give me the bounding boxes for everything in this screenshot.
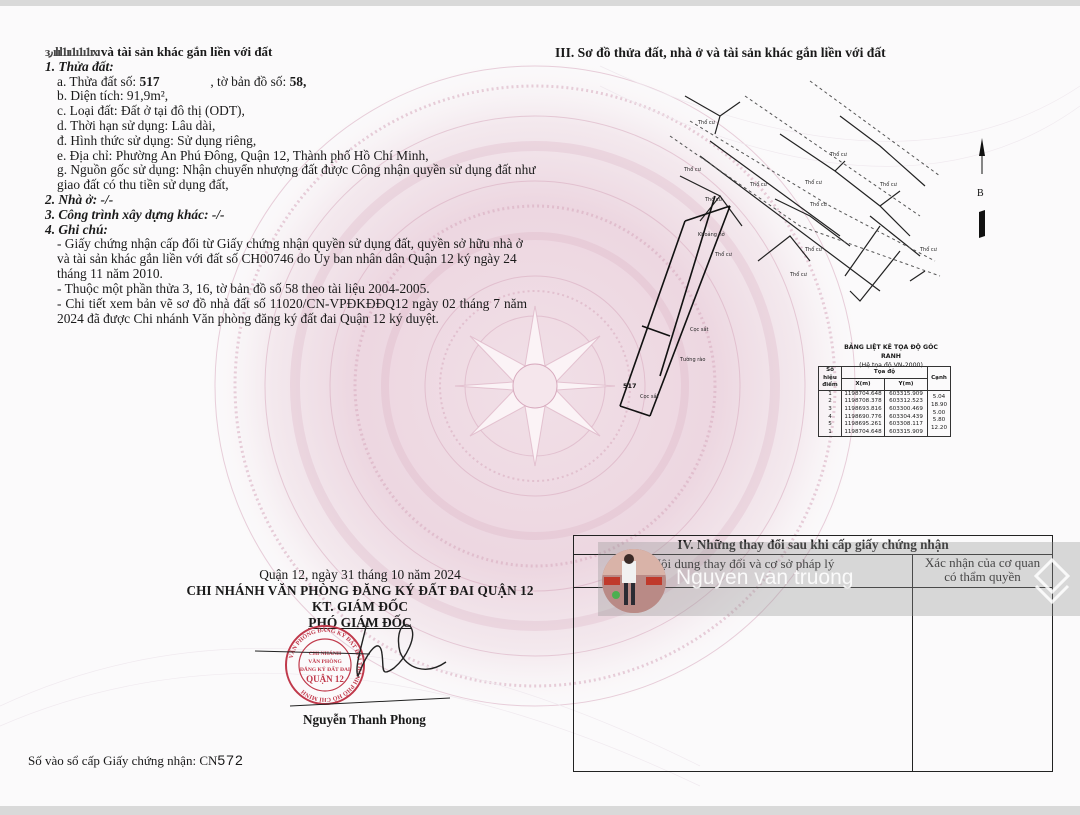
watermark-logo-icon [1030,556,1074,606]
label-tho-cu: Thổ cư [804,246,823,253]
coord-x: 1198704.648 [842,390,885,398]
avatar-image [602,549,666,613]
uploader-watermark-name: Nguyen van truong [676,566,853,590]
origin-line-1: g. Nguồn gốc sử dụng: Nhận chuyển nhượng… [45,162,535,177]
left-header: ᴈ٫ılıl1ıı1ı1ı1ıxı và tài sản khác gắn li… [45,44,535,59]
label-tho-cu: Thổ cư [697,119,716,126]
handwritten-signature [250,606,460,716]
parcel-number-line: a. Thửa đất số: 517 , tờ bản đồ số: 58, [45,74,535,89]
registry-label: Số vào sổ cấp Giấy chứng nhận: CN [28,753,217,768]
coord-y: 603308.117 [885,421,928,429]
label-tho-cu: Thổ cư [704,196,723,203]
uploader-avatar[interactable] [602,549,666,613]
label-tho-cu: Thổ cư [919,246,938,253]
col-x: X(m) [842,378,885,390]
coord-point: 1 [819,429,842,437]
issuing-office: CHI NHÁNH VĂN PHÒNG ĐĂNG KÝ ĐẤT ĐAI QUẬN… [180,583,540,599]
col-edge: Cạnh [928,367,951,391]
registry-number-line: Số vào sổ cấp Giấy chứng nhận: CN572 [28,752,244,769]
label-tho-cu: Thổ cư [809,201,828,208]
coord-point: 1 [819,390,842,398]
address-line: e. Địa chỉ: Phường An Phú Đông, Quận 12,… [45,148,535,163]
label-tho-cu: Thổ cư [879,181,898,188]
coord-x: 1198704.648 [842,429,885,437]
origin-line-2: giao đất có thu tiền sử dụng đất, [45,177,535,192]
land-type-line: c. Loại đất: Đất ở tại đô thị (ODT), [45,103,535,118]
parcel-label: a. Thửa đất số: [57,74,136,89]
label-tho-cu: Thổ cư [749,181,768,188]
left-header-text: và tài sản khác gắn liền với đất [101,44,273,59]
land-info-column: ᴈ٫ılıl1ıı1ı1ı1ıxı và tài sản khác gắn li… [45,44,535,326]
coord-point: 4 [819,414,842,422]
registry-number: 572 [217,752,243,768]
note-2: - Thuộc một phần thửa 3, 16, tờ bản đồ s… [45,281,527,296]
section4-title: 4. Ghi chú: [45,222,535,237]
coord-edge: 12.20 [928,425,951,433]
term-line: d. Thời hạn sử dụng: Lâu dài, [45,118,535,133]
section2-house: 2. Nhà ở: -/- [45,192,535,207]
label-tho-cu: Thổ cư [829,151,848,158]
coord-x: 1198708.378 [842,398,885,406]
issue-date: Quận 12, ngày 31 tháng 10 năm 2024 [180,567,540,583]
coord-edge: 18.90 [928,402,951,410]
coord-point: 2 [819,398,842,406]
col-point: Số hiệu điểm [819,367,842,391]
signer-name: Nguyễn Thanh Phong [303,712,426,728]
col-y: Y(m) [885,378,928,390]
certificate-page: ᴈ٫ılıl1ıı1ı1ı1ıxı và tài sản khác gắn li… [0,6,1080,806]
coord-table: Số hiệu điểm Tọa độ Cạnh X(m) Y(m) 11198… [818,366,951,437]
label-tuong-rao: Tường rào [679,356,705,363]
label-khoang-ho: Khoảng hở [698,231,726,238]
usage-form-line: đ. Hình thức sử dụng: Sử dụng riêng, [45,133,535,148]
parcel-number-label: 517 [623,382,637,390]
section1-title: 1. Thửa đất: [45,59,535,74]
coord-point: 3 [819,406,842,414]
area-line: b. Diện tích: 91,9m², [45,88,535,103]
label-tho-cu: Thổ cư [683,166,702,173]
coord-y: 603304.439 [885,414,928,422]
map-sheet-label: , tờ bản đồ số: [210,74,286,89]
section3-other-works: 3. Công trình xây dựng khác: -/- [45,207,535,222]
north-arrow-icon: B [977,138,985,238]
parcel-number: 517 [140,74,160,89]
coord-y: 603315.909 [885,390,928,398]
col-coords: Tọa độ [842,367,928,379]
site-plan-title: III. Sơ đồ thửa đất, nhà ở và tài sản kh… [555,45,886,61]
note-3: - Chi tiết xem bản vẽ sơ đồ nhà đất số 1… [45,296,527,326]
note-1: - Giấy chứng nhận cấp đổi từ Giấy chứng … [45,236,527,281]
label-tho-cu: Thổ cư [714,251,733,258]
coord-table-heading: BẢNG LIỆT KÊ TỌA ĐỘ GÓC RANH [836,343,946,361]
label-tho-cu: Thổ cư [804,179,823,186]
coord-x: 1198690.776 [842,414,885,422]
coord-row: 11198704.648603315.90912.20 [819,429,951,437]
coord-y: 603312.523 [885,398,928,406]
coord-x: 1198693.816 [842,406,885,414]
label-coc-sat: Cọc sắt [690,326,709,333]
coord-edge: 5.00 [928,410,951,418]
coord-edge: 5.80 [928,417,951,425]
coord-x: 1198695.261 [842,421,885,429]
north-label: B [977,188,984,199]
coord-point: 5 [819,421,842,429]
map-sheet-number: 58, [290,74,307,89]
coord-y: 603315.909 [885,429,928,437]
coord-edge: 5.04 [928,394,951,402]
coord-y: 603300.469 [885,406,928,414]
label-tho-cu: Thổ cư [789,271,808,278]
label-coc-sat: Cọc sắt [640,393,659,400]
